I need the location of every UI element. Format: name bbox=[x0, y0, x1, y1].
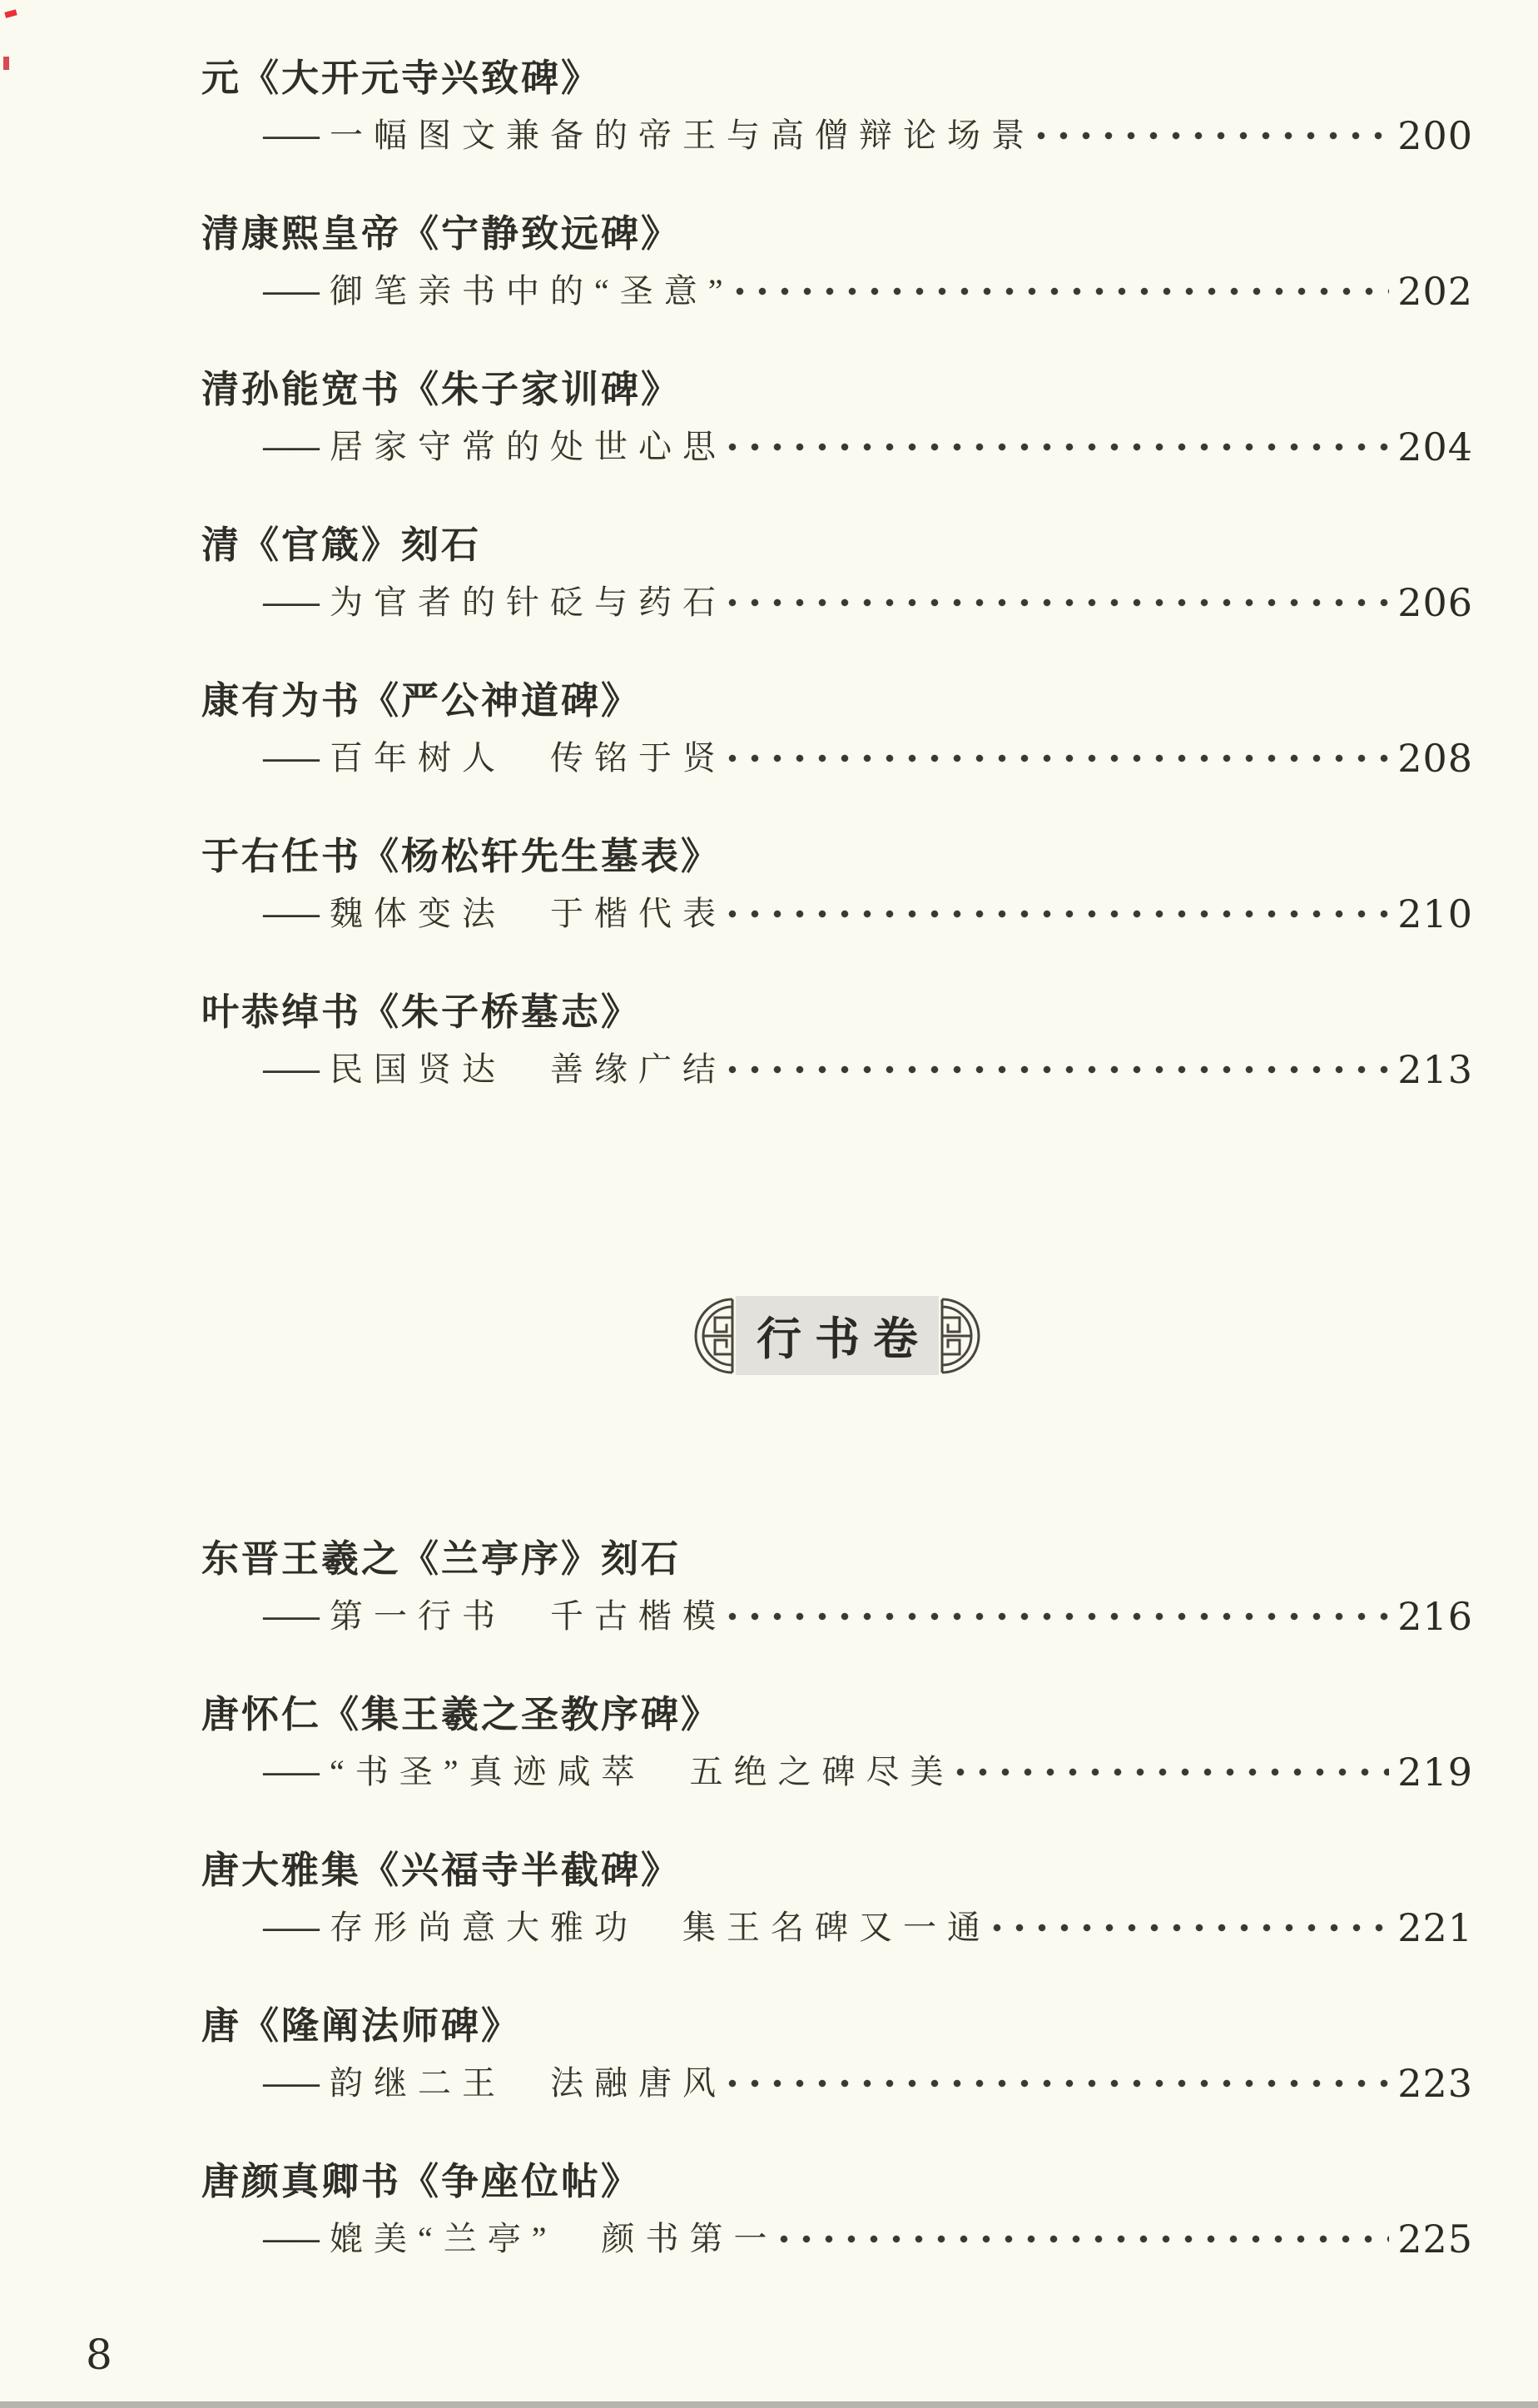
entry-subtitle-row: —— 韵继二王 法融唐风 223 bbox=[201, 2064, 1473, 2103]
entry-title: 于右任书《杨松轩先生墓表》 bbox=[201, 837, 1473, 876]
dot-leader bbox=[728, 428, 1389, 466]
entry-title: 东晋王羲之《兰亭序》刻石 bbox=[201, 1539, 1473, 1579]
entry-subtitle: 存形尚意大雅功 集王名碑又一通 bbox=[330, 1909, 991, 1947]
dot-leader bbox=[728, 1597, 1389, 1636]
toc-entry: 东晋王羲之《兰亭序》刻石 —— 第一行书 千古楷模 216 bbox=[201, 1539, 1473, 1636]
dot-leader bbox=[728, 895, 1389, 933]
toc-entry: 唐大雅集《兴福寺半截碑》 —— 存形尚意大雅功 集王名碑又一通 221 bbox=[201, 1850, 1473, 1947]
entry-subtitle: 御笔亲书中的“圣意” bbox=[330, 272, 734, 310]
em-dash: —— bbox=[261, 2220, 318, 2258]
entry-subtitle: “书圣”真迹咸萃 五绝之碑尽美 bbox=[330, 1753, 955, 1791]
entry-page-number: 208 bbox=[1397, 739, 1473, 777]
em-dash: —— bbox=[261, 895, 318, 933]
em-dash: —— bbox=[261, 2064, 318, 2103]
entry-page-number: 206 bbox=[1397, 583, 1473, 622]
entry-page-number: 216 bbox=[1397, 1597, 1473, 1636]
entry-subtitle: 民国贤达 善缘广结 bbox=[330, 1050, 727, 1089]
entry-title: 清孙能宽书《朱子家训碑》 bbox=[201, 370, 1473, 410]
page-number: 8 bbox=[86, 2331, 112, 2379]
entry-title: 唐怀仁《集王羲之圣教序碑》 bbox=[201, 1695, 1473, 1735]
entry-subtitle-row: —— “书圣”真迹咸萃 五绝之碑尽美 219 bbox=[201, 1753, 1473, 1791]
entry-subtitle-row: —— 存形尚意大雅功 集王名碑又一通 221 bbox=[201, 1909, 1473, 1947]
dot-leader bbox=[728, 583, 1389, 622]
entry-page-number: 225 bbox=[1397, 2220, 1473, 2258]
entry-subtitle: 媲美“兰亭” 颜书第一 bbox=[330, 2220, 778, 2258]
entry-subtitle: 百年树人 传铭于贤 bbox=[330, 739, 727, 777]
entry-page-number: 219 bbox=[1397, 1753, 1473, 1791]
toc-entry: 清康熙皇帝《宁静致远碑》 —— 御笔亲书中的“圣意” 202 bbox=[201, 214, 1473, 310]
em-dash: —— bbox=[261, 1050, 318, 1089]
entry-subtitle: 魏体变法 于楷代表 bbox=[330, 895, 727, 933]
section-title: 行书卷 bbox=[743, 1303, 931, 1368]
em-dash: —— bbox=[261, 117, 318, 155]
entry-subtitle: 为官者的针砭与药石 bbox=[330, 583, 727, 622]
book-page: 元《大开元寺兴致碑》 —— 一幅图文兼备的帝王与高僧辩论场景 200 清康熙皇帝… bbox=[0, 0, 1538, 2408]
toc-entry: 叶恭绰书《朱子桥墓志》 —— 民国贤达 善缘广结 213 bbox=[201, 992, 1473, 1089]
toc-entry: 唐怀仁《集王羲之圣教序碑》 —— “书圣”真迹咸萃 五绝之碑尽美 219 bbox=[201, 1695, 1473, 1791]
scan-edge bbox=[0, 2401, 1538, 2408]
entry-subtitle: 一幅图文兼备的帝王与高僧辩论场景 bbox=[330, 117, 1035, 155]
entry-title: 唐大雅集《兴福寺半截碑》 bbox=[201, 1850, 1473, 1890]
entry-subtitle-row: —— 百年树人 传铭于贤 208 bbox=[201, 739, 1473, 777]
em-dash: —— bbox=[261, 428, 318, 466]
entry-title: 叶恭绰书《朱子桥墓志》 bbox=[201, 992, 1473, 1032]
entry-subtitle-row: —— 魏体变法 于楷代表 210 bbox=[201, 895, 1473, 933]
entry-page-number: 221 bbox=[1397, 1909, 1473, 1947]
toc-entry: 康有为书《严公神道碑》 —— 百年树人 传铭于贤 208 bbox=[201, 681, 1473, 777]
entry-page-number: 204 bbox=[1397, 428, 1473, 466]
entry-subtitle-row: —— 媲美“兰亭” 颜书第一 225 bbox=[201, 2220, 1473, 2258]
toc-entry: 唐《隆阐法师碑》 —— 韵继二王 法融唐风 223 bbox=[201, 2006, 1473, 2103]
toc-entry: 元《大开元寺兴致碑》 —— 一幅图文兼备的帝王与高僧辩论场景 200 bbox=[201, 58, 1473, 155]
toc-entry: 清孙能宽书《朱子家训碑》 —— 居家守常的处世心思 204 bbox=[201, 370, 1473, 466]
dot-leader bbox=[956, 1753, 1390, 1791]
em-dash: —— bbox=[261, 583, 318, 622]
entry-subtitle-row: —— 民国贤达 善缘广结 213 bbox=[201, 1050, 1473, 1089]
dot-leader bbox=[728, 1050, 1389, 1089]
em-dash: —— bbox=[261, 1753, 318, 1791]
entry-subtitle-row: —— 一幅图文兼备的帝王与高僧辩论场景 200 bbox=[201, 117, 1473, 155]
dot-leader bbox=[1037, 117, 1389, 155]
entry-subtitle: 韵继二王 法融唐风 bbox=[330, 2064, 727, 2103]
entry-title: 康有为书《严公神道碑》 bbox=[201, 681, 1473, 721]
dot-leader bbox=[993, 1909, 1389, 1947]
entry-page-number: 210 bbox=[1397, 895, 1473, 933]
em-dash: —— bbox=[261, 1909, 318, 1947]
em-dash: —— bbox=[261, 739, 318, 777]
entry-subtitle-row: —— 为官者的针砭与药石 206 bbox=[201, 583, 1473, 622]
dot-leader bbox=[780, 2220, 1390, 2258]
toc-entry: 清《官箴》刻石 —— 为官者的针砭与药石 206 bbox=[201, 525, 1473, 622]
table-of-contents: 元《大开元寺兴致碑》 —— 一幅图文兼备的帝王与高僧辩论场景 200 清康熙皇帝… bbox=[201, 0, 1473, 2317]
dot-leader bbox=[728, 2064, 1389, 2103]
scan-artifact bbox=[3, 57, 9, 70]
entry-subtitle-row: —— 居家守常的处世心思 204 bbox=[201, 428, 1473, 466]
section-divider: 行书卷 bbox=[201, 1296, 1473, 1375]
scan-artifact bbox=[4, 9, 17, 17]
entry-page-number: 200 bbox=[1397, 117, 1473, 155]
entry-subtitle-row: —— 第一行书 千古楷模 216 bbox=[201, 1597, 1473, 1636]
toc-entry: 于右任书《杨松轩先生墓表》 —— 魏体变法 于楷代表 210 bbox=[201, 837, 1473, 933]
entry-title: 清康熙皇帝《宁静致远碑》 bbox=[201, 214, 1473, 254]
entry-subtitle: 居家守常的处世心思 bbox=[330, 428, 727, 466]
entry-subtitle: 第一行书 千古楷模 bbox=[330, 1597, 727, 1636]
dot-leader bbox=[728, 739, 1389, 777]
ornament-left-icon bbox=[691, 1298, 734, 1374]
dot-leader bbox=[736, 272, 1390, 310]
entry-page-number: 202 bbox=[1397, 272, 1473, 310]
entry-subtitle-row: —— 御笔亲书中的“圣意” 202 bbox=[201, 272, 1473, 310]
entry-page-number: 223 bbox=[1397, 2064, 1473, 2103]
toc-entry: 唐颜真卿书《争座位帖》 —— 媲美“兰亭” 颜书第一 225 bbox=[201, 2162, 1473, 2258]
em-dash: —— bbox=[261, 272, 318, 310]
section-title-box: 行书卷 bbox=[736, 1296, 939, 1375]
em-dash: —— bbox=[261, 1597, 318, 1636]
entry-title: 唐《隆阐法师碑》 bbox=[201, 2006, 1473, 2046]
entry-page-number: 213 bbox=[1397, 1050, 1473, 1089]
entry-title: 唐颜真卿书《争座位帖》 bbox=[201, 2162, 1473, 2202]
entry-title: 清《官箴》刻石 bbox=[201, 525, 1473, 565]
entry-title: 元《大开元寺兴致碑》 bbox=[201, 58, 1473, 98]
ornament-right-icon bbox=[940, 1298, 984, 1374]
